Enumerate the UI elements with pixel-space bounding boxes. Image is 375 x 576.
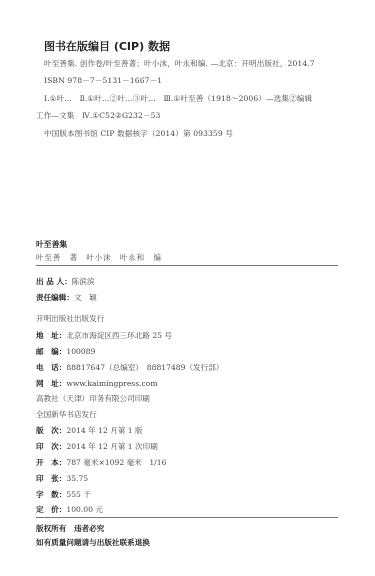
detail-value: 北京市海淀区西三环北路 25 号 [66,331,172,340]
book-title: 叶至善集 [36,239,67,250]
spec-value: 2014 年 12 月第 1 次印刷 [66,442,157,451]
publisher-website: 网 址：www.kaimingpress.com [36,378,158,389]
detail-label: 邮 编： [36,346,66,357]
cip-line: 叶至善集. 创作卷/叶至善著；叶小沫，叶永和编. —北京：开明出版社，2014.… [44,58,315,69]
cip-line: ISBN 978－7－5131－1667－1 [44,75,162,86]
spec-label: 字 数： [36,489,66,500]
detail-label: 地 址： [36,330,66,341]
spec-value: 2014 年 12 月第 1 版 [66,426,142,435]
spec-wordcount: 字 数：555 千 [36,489,91,500]
publisher-address: 地 址：北京市海淀区西三环北路 25 号 [36,330,172,341]
spec-label: 印 次： [36,441,66,452]
spec-price: 定 价：100.00 元 [36,504,103,515]
spec-format: 开 本：787 毫米×1092 毫米 1/16 [36,457,166,468]
spec-sheets: 印 张：35.75 [36,473,88,484]
book-authors: 叶至善 著 叶小沫 叶永和 编 [36,252,162,263]
copyright-page: 图书在版编目 (CIP) 数据 叶至善集. 创作卷/叶至善著；叶小沫，叶永和编.… [0,0,375,576]
cip-line: 中国版本图书馆 CIP 数据核字（2014）第 093359 号 [44,128,233,139]
divider [36,517,338,518]
cip-line: Ⅰ.①叶… Ⅱ.①叶…②叶…③叶… Ⅲ.①叶至善（1918～2006）—选集②编… [44,93,312,104]
credit-value: 文 颖 [74,293,97,302]
spec-value: 35.75 [66,474,88,483]
spec-edition: 版 次：2014 年 12 月第 1 版 [36,425,143,436]
detail-label: 电 话： [36,362,66,373]
spec-value: 555 千 [66,490,91,499]
cip-heading: 图书在版编目 (CIP) 数据 [44,38,170,54]
spec-label: 版 次： [36,425,66,436]
credit-label: 责任编辑： [36,292,74,303]
quality-notice: 如有质量问题请与出版社联系退换 [36,537,150,548]
spec-value: 787 毫米×1092 毫米 1/16 [66,458,166,467]
spec-printing: 印 次：2014 年 12 月第 1 次印刷 [36,441,158,452]
detail-value: 100089 [66,347,95,356]
publisher-postcode: 邮 编：100089 [36,346,95,357]
detail-value: 88817647（总编室） 88817489（发行部） [66,363,223,372]
credit-producer: 出 品 人：陈滨滨 [36,276,94,287]
detail-value: www.kaimingpress.com [66,379,157,388]
publisher-line: 开明出版社出版发行 [36,313,104,324]
spec-value: 100.00 元 [66,505,103,514]
printer-line: 高教社（天津）印务有限公司印刷 [36,393,150,404]
credit-label: 出 品 人： [36,276,72,287]
spec-label: 印 张： [36,473,66,484]
cip-line: 工作—文集 Ⅳ.①C52②G232－53 [36,110,160,121]
publisher-phone: 电 话：88817647（总编室） 88817489（发行部） [36,362,223,373]
distributor-line: 全国新华书店发行 [36,409,97,420]
copyright-notice: 版权所有 违者必究 [36,523,104,534]
credit-value: 陈滨滨 [72,277,95,286]
credit-editor: 责任编辑：文 颖 [36,292,97,303]
spec-label: 开 本： [36,457,66,468]
divider [36,265,338,266]
detail-label: 网 址： [36,378,66,389]
spec-label: 定 价： [36,504,66,515]
